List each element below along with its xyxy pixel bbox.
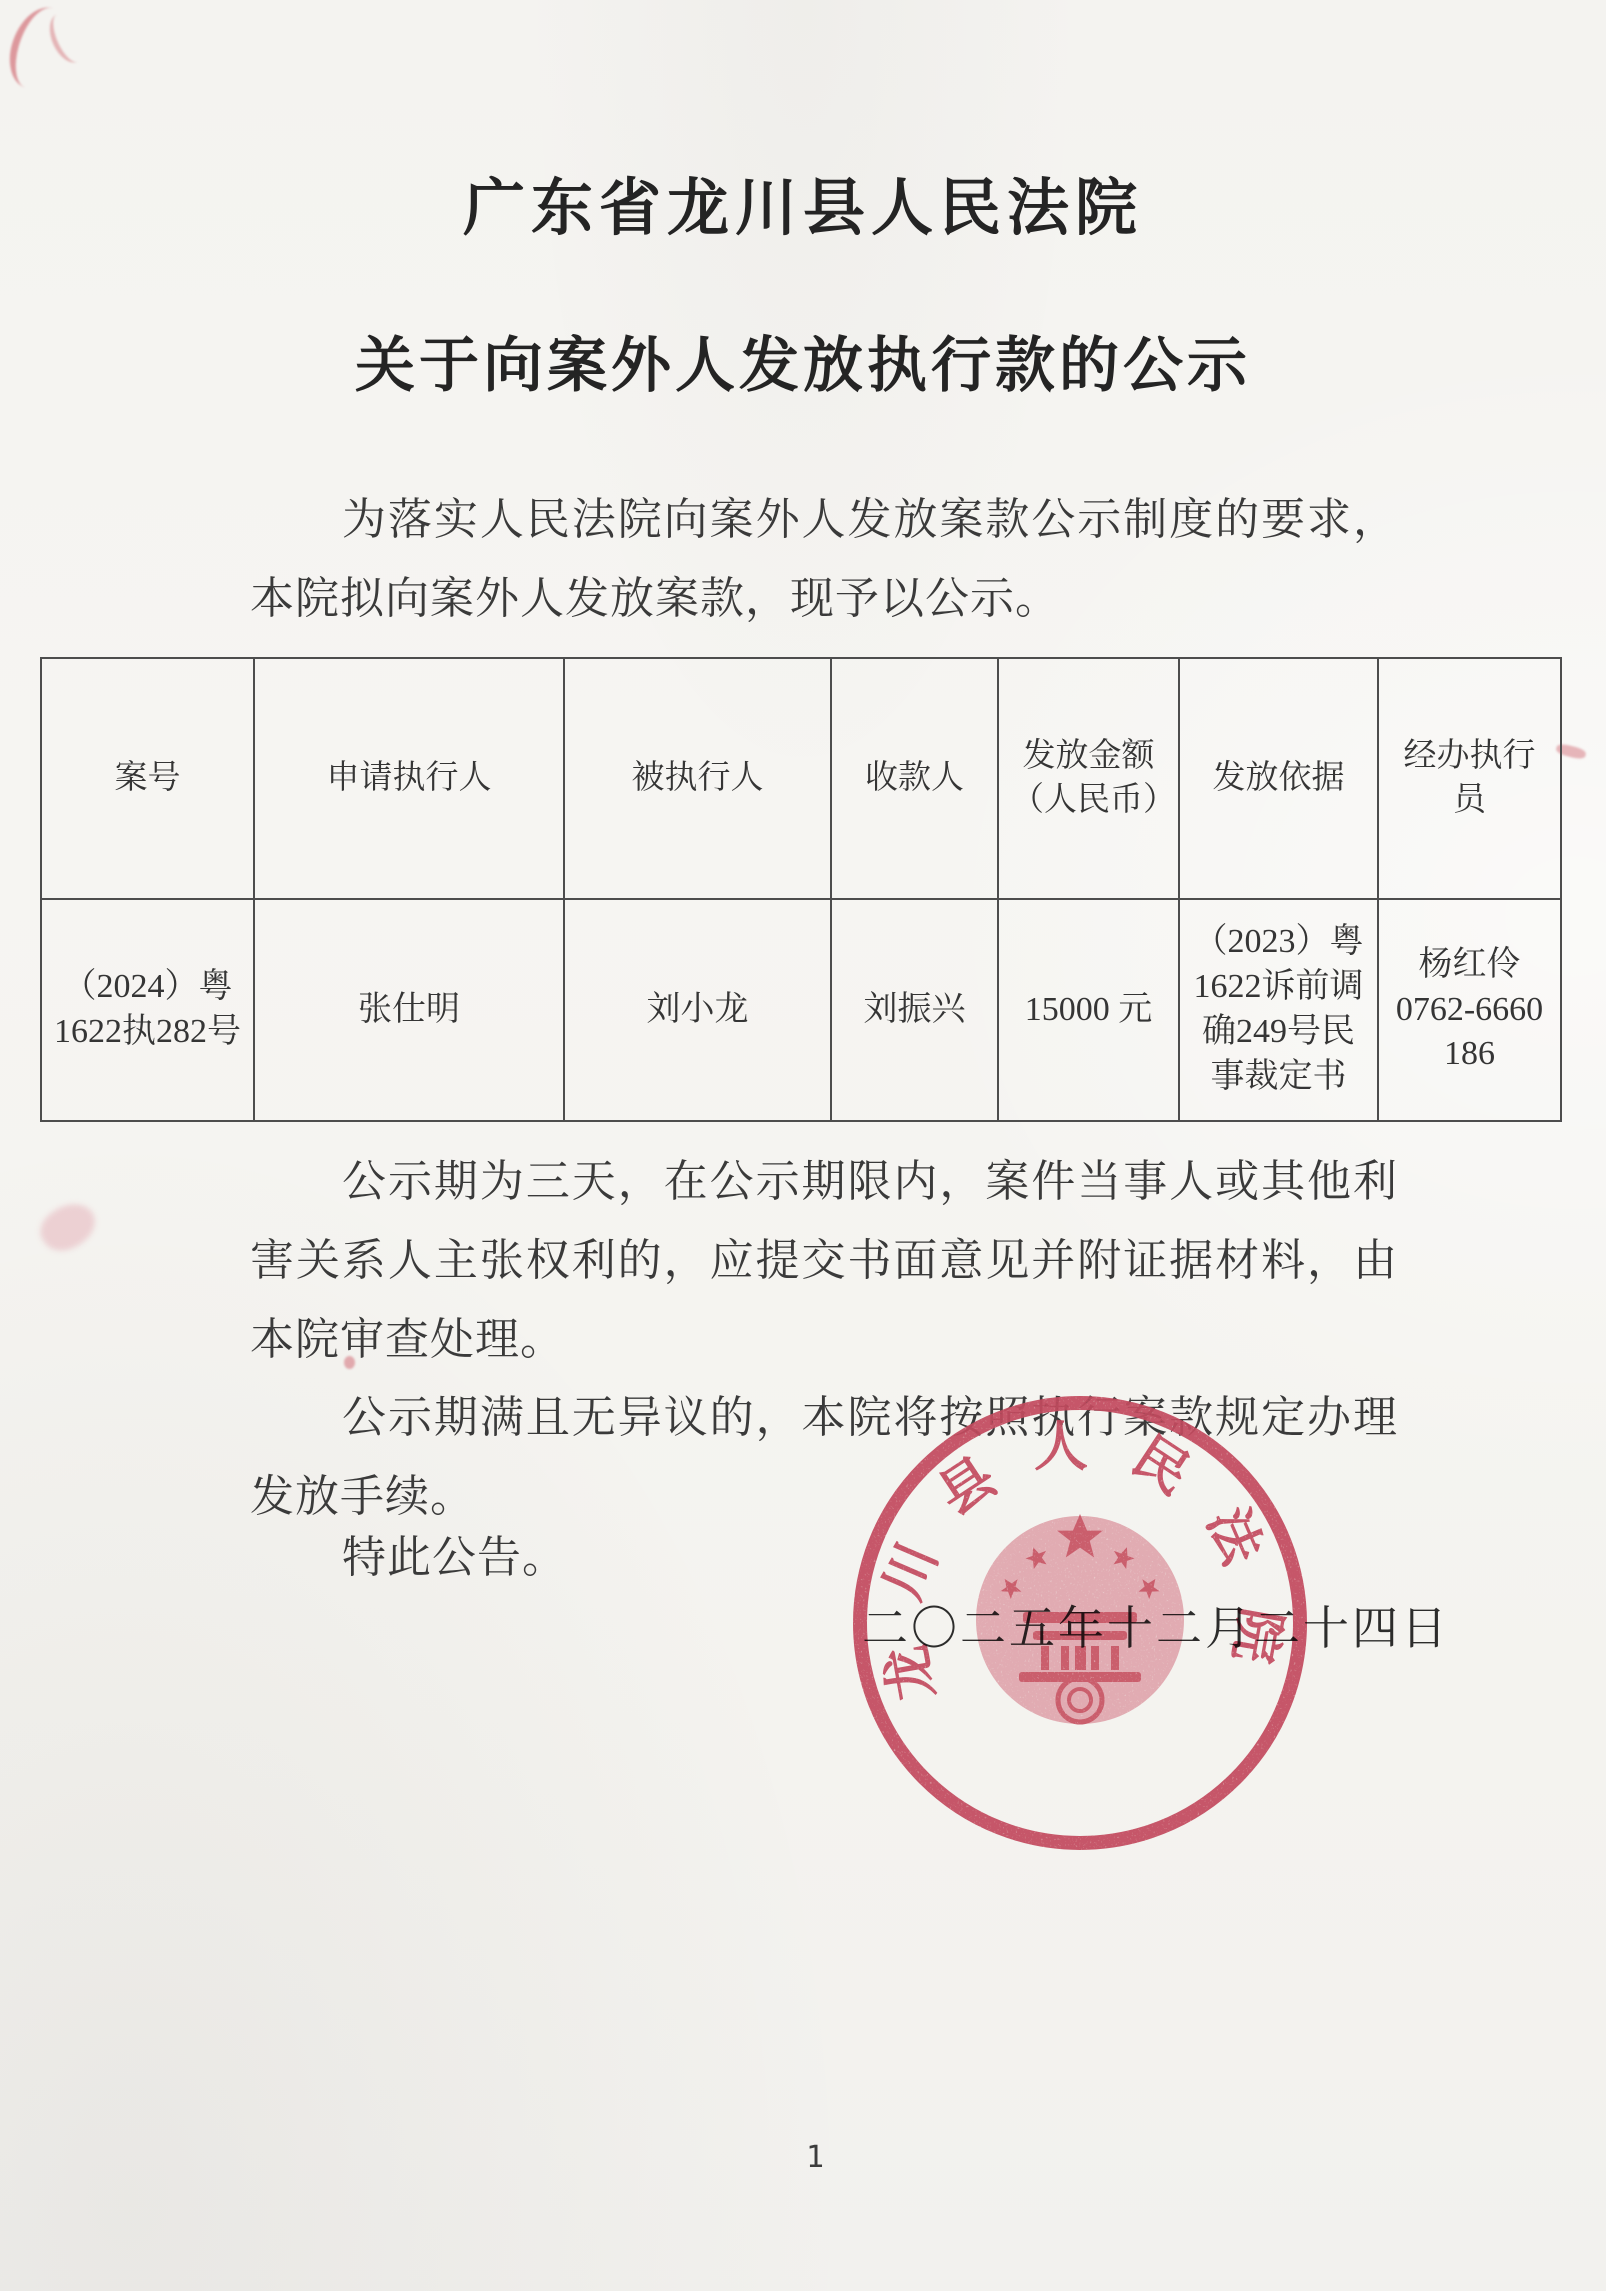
header-case-number: 案号 bbox=[41, 658, 254, 899]
table-header-row: 案号 申请执行人 被执行人 收款人 发放金额 （人民币） 发放依据 经办执行员 bbox=[41, 658, 1561, 899]
header-payee: 收款人 bbox=[831, 658, 998, 899]
header-officer: 经办执行员 bbox=[1378, 658, 1561, 899]
issue-date: 二〇二五年十二月二十四日 bbox=[862, 1592, 1450, 1658]
cell-basis: （2023）粤1622诉前调确249号民事裁定书 bbox=[1179, 899, 1378, 1121]
cell-applicant: 张仕明 bbox=[254, 899, 564, 1121]
header-amount: 发放金额 （人民币） bbox=[998, 658, 1179, 899]
cell-amount: 15000 元 bbox=[998, 899, 1179, 1121]
header-basis: 发放依据 bbox=[1179, 658, 1378, 899]
notice-title: 关于向案外人发放执行款的公示 bbox=[0, 318, 1606, 404]
table-data-row: （2024）粤1622执282号 张仕明 刘小龙 刘振兴 15000 元 （20… bbox=[41, 899, 1561, 1121]
red-ink-scan-artifact bbox=[43, 8, 92, 68]
header-applicant: 申请执行人 bbox=[254, 658, 564, 899]
case-payout-table: 案号 申请执行人 被执行人 收款人 发放金额 （人民币） 发放依据 经办执行员 … bbox=[40, 657, 1562, 1122]
pink-smudge-artifact bbox=[33, 1194, 103, 1261]
cell-payee: 刘振兴 bbox=[831, 899, 998, 1121]
intro-paragraph: 为落实人民法院向案外人发放案款公示制度的要求，本院拟向案外人发放案款，现予以公示… bbox=[250, 480, 1398, 638]
page-number: 1 bbox=[770, 2140, 860, 2175]
cell-officer: 杨红伶 0762-6660 186 bbox=[1378, 899, 1561, 1121]
scanned-court-notice-page: 广东省龙川县人民法院 关于向案外人发放执行款的公示 为落实人民法院向案外人发放案… bbox=[0, 0, 1606, 2291]
publicity-period-paragraph: 公示期为三天，在公示期限内，案件当事人或其他利害关系人主张权利的，应提交书面意见… bbox=[250, 1142, 1398, 1379]
cell-case-number: （2024）粤1622执282号 bbox=[41, 899, 254, 1121]
court-name-title: 广东省龙川县人民法院 bbox=[0, 158, 1606, 247]
red-ink-scan-artifact bbox=[1, 0, 77, 96]
cell-respondent: 刘小龙 bbox=[564, 899, 831, 1121]
header-respondent: 被执行人 bbox=[564, 658, 831, 899]
